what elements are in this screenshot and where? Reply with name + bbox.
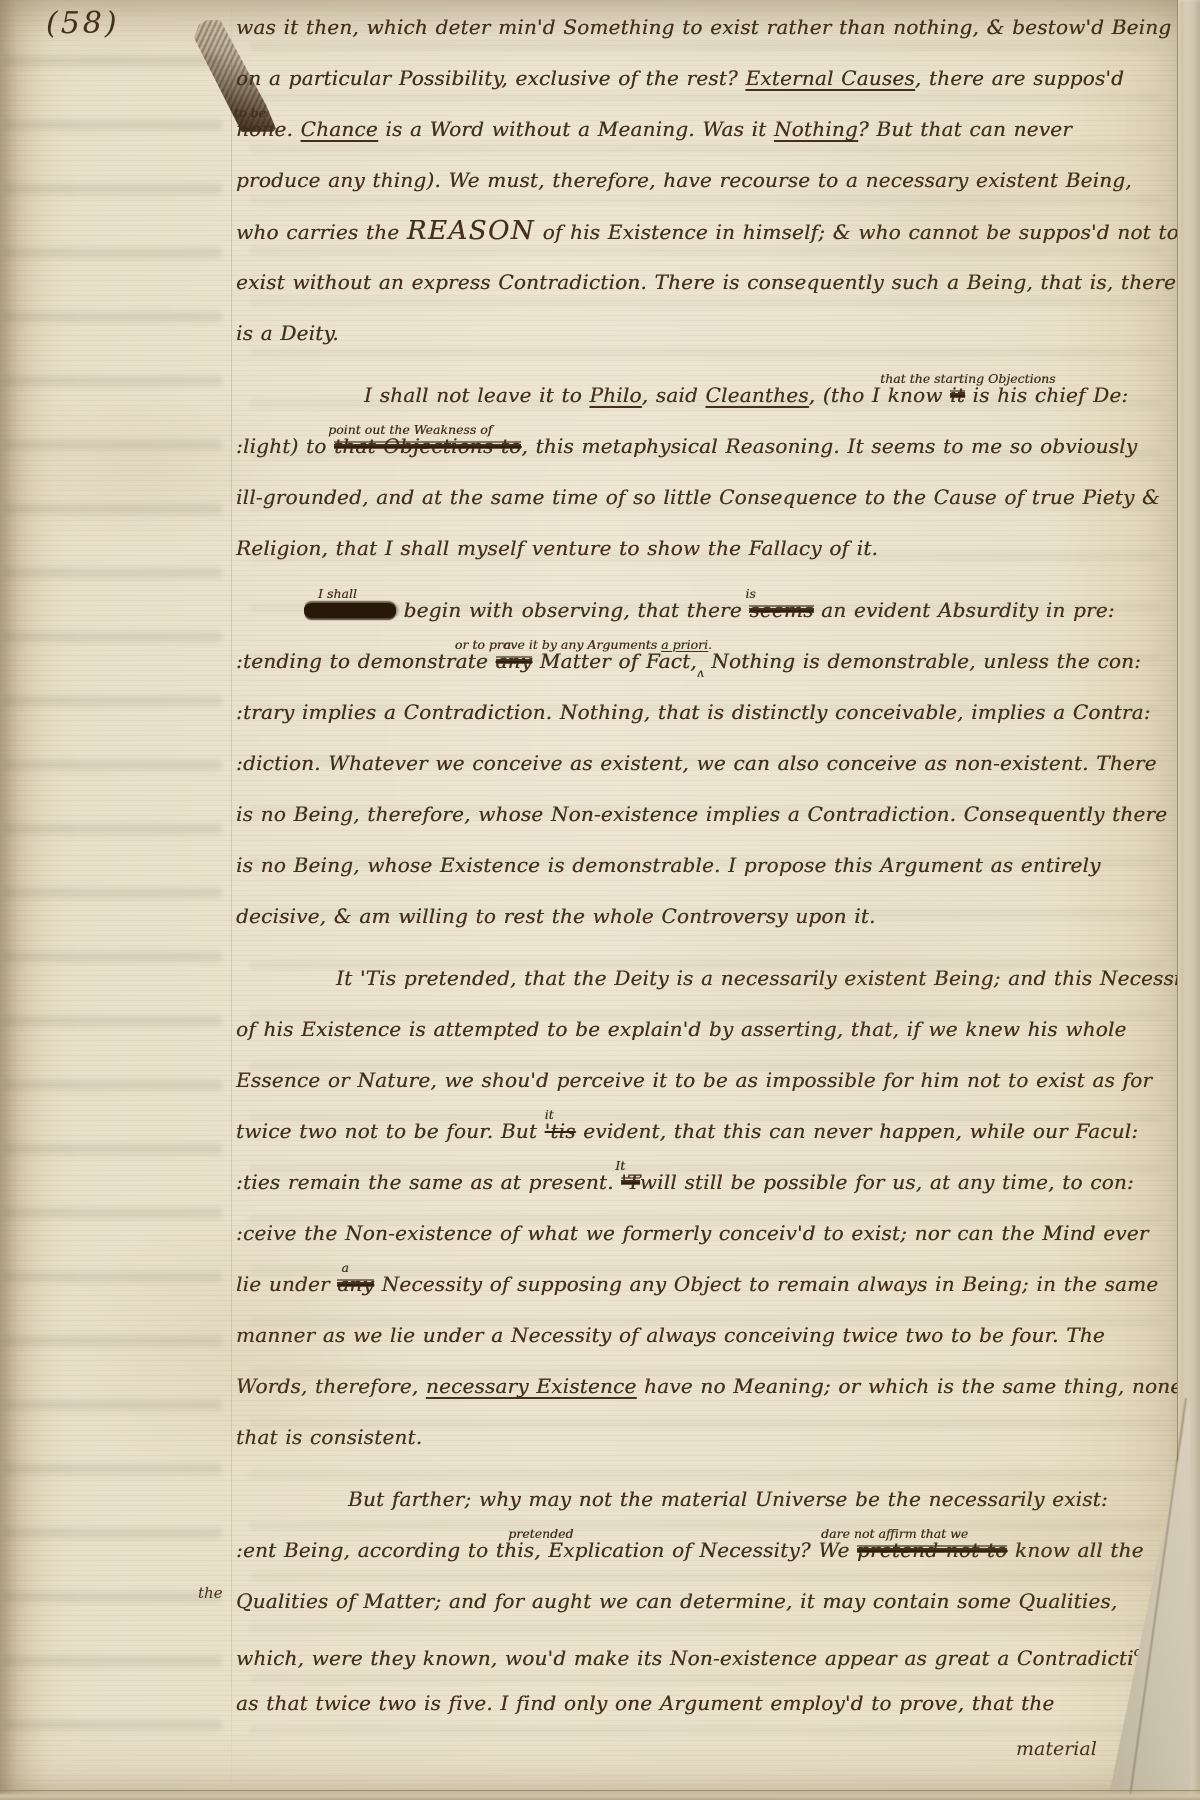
manuscript-text: will still be possible for us, at any ti…: [640, 1170, 1134, 1194]
margin-crease-line: [231, 0, 232, 1800]
manuscript-line: But farther; why may not the material Un…: [236, 1474, 1096, 1525]
manuscript-text: none: [236, 117, 286, 141]
manuscript-text: is a Word without a Meaning. Was it: [378, 117, 774, 141]
manuscript-text: Qualities of Matter; and for aught we ca…: [236, 1589, 1117, 1613]
struck-text: it: [950, 383, 965, 407]
manuscript-line: :light) to point out the Weakness ofthat…: [236, 421, 1096, 472]
manuscript-text: Explication of Necessity? We: [548, 1538, 857, 1562]
interlinear-insertion: dare not affirm that we: [821, 1528, 968, 1541]
manuscript-line: ill-grounded, and at the same time of so…: [236, 472, 1096, 523]
manuscript-text: as that twice two is five. I find only o…: [236, 1691, 1054, 1715]
manuscript-text: :diction. Whatever we conceive as existe…: [236, 751, 1157, 775]
interlinear-insertion: point out the Weakness of: [328, 424, 492, 437]
page-bottom-edge: [0, 1790, 1200, 1800]
struck-text: seems: [749, 598, 813, 622]
manuscript-line: on a particular Possibility, exclusive o…: [236, 53, 1096, 104]
text-block: was it then, which deter min'd Something…: [236, 2, 1096, 1729]
manuscript-text: is no Being, whose Existence is demonstr…: [236, 853, 1101, 877]
manuscript-text: ? But that can never: [858, 117, 1072, 141]
manuscript-text: evident, that this can never happen, whi…: [576, 1119, 1139, 1143]
manuscript-text: Chance: [301, 117, 378, 141]
manuscript-text: Philo: [589, 383, 641, 407]
manuscript-text: Cleanthes: [706, 383, 809, 407]
manuscript-line: decisive, & am willing to rest the whole…: [236, 891, 1096, 942]
interlinear-insertion: that the starting Objections: [880, 373, 1055, 386]
manuscript-text: produce any thing). We must, therefore, …: [236, 168, 1132, 192]
manuscript-line: which, were they known, wou'd make its N…: [236, 1627, 1096, 1678]
manuscript-text: of his Existence is attempted to be expl…: [236, 1017, 1127, 1041]
manuscript-text: :ties remain the same as at present.: [236, 1170, 621, 1194]
manuscript-text: , said: [642, 383, 706, 407]
page-number: (58): [46, 6, 120, 41]
manuscript-line: :diction. Whatever we conceive as existe…: [236, 738, 1096, 789]
manuscript-text: decisive, & am willing to rest the whole…: [236, 904, 876, 928]
manuscript-line: was it then, which deter min'd Something…: [236, 2, 1096, 53]
manuscript-text: Matter of Fact,: [540, 649, 697, 673]
manuscript-text: .: [286, 117, 300, 141]
manuscript-text: ʌ: [697, 666, 704, 680]
manuscript-text: :ent Being, according to this: [236, 1538, 534, 1562]
manuscript-text: External Causes: [745, 66, 914, 90]
manuscript-text: [532, 649, 540, 673]
margin-note: the: [198, 1584, 223, 1602]
manuscript-text: I shall not leave it to: [364, 383, 589, 407]
struck-text: 'T: [621, 1170, 640, 1194]
manuscript-text: Words, therefore,: [236, 1374, 426, 1398]
struck-text: any: [337, 1272, 374, 1296]
interlinear-insertion: It: [615, 1160, 625, 1173]
manuscript-text: manner as we lie under a Necessity of al…: [236, 1323, 1105, 1347]
manuscript-line: as that twice two is five. I find only o…: [236, 1678, 1096, 1729]
manuscript-text: an evident Absurdity in pre:: [814, 598, 1115, 622]
manuscript-text: , this metaphysical Reasoning. It seems …: [521, 434, 1137, 458]
catchword: material: [1016, 1738, 1097, 1760]
manuscript-line: :tending to demonstrate aany or to prove…: [236, 636, 1096, 687]
manuscript-line: :ties remain the same as at present. It'…: [236, 1157, 1096, 1208]
manuscript-text: lie under: [236, 1272, 337, 1296]
manuscript-text: is no Being, therefore, whose Non-existe…: [236, 802, 1167, 826]
manuscript-text: Essence or Nature, we shou'd perceive it…: [236, 1068, 1152, 1092]
manuscript-text: ,: [534, 1538, 548, 1562]
manuscript-text: have no Meaning; or which is the same th…: [636, 1374, 1182, 1398]
manuscript-line: is no Being, whose Existence is demonstr…: [236, 840, 1096, 891]
manuscript-text: of his Existence in himself; & who canno…: [535, 220, 1179, 244]
manuscript-line: of his Existence is attempted to be expl…: [236, 1004, 1096, 1055]
manuscript-line: :trary implies a Contradiction. Nothing,…: [236, 687, 1096, 738]
manuscript-line: lie under aany Necessity of supposing an…: [236, 1259, 1096, 1310]
manuscript-text: It 'Tis pretended, that the Deity is a n…: [336, 966, 1200, 990]
manuscript-line: that is consistent.: [236, 1412, 1096, 1463]
manuscript-line: twice two not to be four. But it'tis evi…: [236, 1106, 1096, 1157]
ink-blot: [304, 603, 396, 618]
manuscript-text: begin with observing, that there: [396, 598, 749, 622]
manuscript-line: produce any thing). We must, therefore, …: [236, 155, 1096, 206]
manuscript-page: (58) was it then, which deter min'd Some…: [0, 0, 1200, 1800]
interlinear-insertion: pretended: [508, 1528, 573, 1541]
manuscript-text: :ceive the Non-existence of what we form…: [236, 1221, 1149, 1245]
manuscript-line: manner as we lie under a Necessity of al…: [236, 1310, 1096, 1361]
interlinear-insertion: to be: [234, 107, 266, 120]
manuscript-line: to benone. Chance is a Word without a Me…: [236, 104, 1096, 155]
struck-text: 'tis: [545, 1119, 576, 1143]
manuscript-line: :ceive the Non-existence of what we form…: [236, 1208, 1096, 1259]
manuscript-text: But farther; why may not the material Un…: [348, 1487, 1108, 1511]
interlinear-insertion: it: [545, 1109, 554, 1122]
manuscript-text: ill-grounded, and at the same time of so…: [236, 485, 1160, 509]
manuscript-text: Religion, that I shall myself venture to…: [236, 536, 878, 560]
manuscript-line: Religion, that I shall myself venture to…: [236, 523, 1096, 574]
interlinear-insertion: I shall: [318, 588, 357, 601]
manuscript-text: which, were they known, wou'd make its N…: [236, 1646, 1134, 1670]
manuscript-line: :ent Being, according to thispretended, …: [236, 1525, 1096, 1576]
manuscript-line: Essence or Nature, we shou'd perceive it…: [236, 1055, 1096, 1106]
manuscript-text: is a Deity.: [236, 321, 339, 345]
manuscript-text: was it then, which deter min'd Something…: [236, 15, 1171, 39]
manuscript-text: on a particular Possibility, exclusive o…: [236, 66, 745, 90]
interlinear-insertion: or to prove it by any Arguments a priori…: [455, 639, 712, 652]
manuscript-text: is his chief De:: [965, 383, 1128, 407]
manuscript-text: know all the: [1007, 1538, 1143, 1562]
manuscript-text: :tending to demonstrate: [236, 649, 496, 673]
manuscript-text: Nothing is demonstrable, unless the con:: [704, 649, 1141, 673]
manuscript-text: , there are suppos'd: [915, 66, 1124, 90]
manuscript-line: Qualities of Matter; and for aught we ca…: [236, 1576, 1096, 1627]
manuscript-line: who carries the Reason of his Existence …: [236, 206, 1096, 257]
bleedthrough-ghost-left: [4, 56, 222, 1766]
manuscript-text: :light) to: [236, 434, 334, 458]
struck-text: that Objections to: [334, 434, 521, 458]
manuscript-text: , (tho I know: [809, 383, 950, 407]
manuscript-text: necessary Existence: [426, 1374, 637, 1398]
manuscript-text: Nothing: [774, 117, 858, 141]
interlinear-insertion: is: [745, 588, 755, 601]
manuscript-line: I shall not leave it to Philo, said Clea…: [236, 370, 1096, 421]
manuscript-text: Reason: [407, 216, 535, 246]
manuscript-line: It 'Tis pretended, that the Deity is a n…: [236, 953, 1096, 1004]
manuscript-text: that is consistent.: [236, 1425, 422, 1449]
manuscript-text: twice two not to be four. But: [236, 1119, 545, 1143]
interlinear-insertion: a: [341, 1262, 348, 1275]
manuscript-text: who carries the: [236, 220, 407, 244]
manuscript-text: Necessity of supposing any Object to rem…: [374, 1272, 1158, 1296]
struck-text: pretend not to: [857, 1538, 1007, 1562]
manuscript-text: :trary implies a Contradiction. Nothing,…: [236, 700, 1151, 724]
manuscript-line: is a Deity.: [236, 308, 1096, 359]
manuscript-line: is no Being, therefore, whose Non-existe…: [236, 789, 1096, 840]
manuscript-line: exist without an express Contradiction. …: [236, 257, 1096, 308]
manuscript-line: I shall begin with observing, that there…: [236, 585, 1096, 636]
manuscript-line: Words, therefore, necessary Existence ha…: [236, 1361, 1096, 1412]
manuscript-text: exist without an express Contradiction. …: [236, 270, 1176, 294]
struck-text: any: [496, 649, 533, 673]
